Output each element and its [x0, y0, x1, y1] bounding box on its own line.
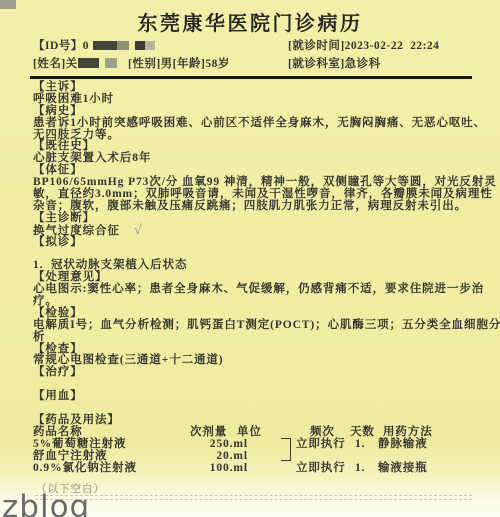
department-value: 急诊科 [345, 58, 381, 70]
header-row-id: 【ID号】0 [就诊时间]2023-02-22 22:24 [0, 37, 500, 51]
section-text-line: 常规心电图检查(三通道+十二通道) [33, 355, 475, 367]
age-value: 58岁 [205, 58, 230, 70]
section-label: 【拟诊】 [33, 237, 475, 249]
section-label: 【病史】 [33, 106, 475, 118]
redacted-id-block [135, 41, 145, 50]
med-col-unit-header: 单位 [237, 427, 262, 439]
med-col-dose-header: 次剂量 [190, 427, 227, 439]
header-divider [30, 76, 472, 79]
section-text-line: 呼吸困难1小时 [33, 94, 475, 106]
redacted-name-block [105, 58, 117, 68]
name-label: [姓名] [33, 58, 66, 70]
section-text-line: 疗。 [33, 296, 475, 308]
blank-line [33, 379, 475, 391]
med-days: 1. [355, 439, 365, 451]
med-name: 0.9%氯化钠注射液 [33, 463, 137, 475]
med-method: 静脉输液 [378, 439, 428, 451]
department-label: [就诊科室] [288, 58, 345, 70]
visit-time-value: 2023-02-22 22:24 [345, 40, 440, 52]
section-text-line: 患者诉1小时前突感呼吸困难、心前区不适伴全身麻木，无胸闷胸痛、无恶心呕吐、 [33, 118, 475, 130]
id-label: 【ID号】 [33, 40, 83, 52]
section-text-line: 无四肢乏力等。 [33, 130, 475, 142]
gender-age-group: [性别]男[年龄]58岁 [128, 55, 230, 71]
med-method: 输液接瓶 [378, 463, 428, 475]
id-group: 【ID号】0 [33, 37, 155, 53]
med-days: 1. [355, 463, 365, 475]
gender-label: [性别] [128, 58, 161, 70]
med-dose: 20.ml [163, 451, 248, 463]
med-frequency: 立即执行 [296, 463, 346, 475]
med-dose: 100.ml [163, 463, 248, 475]
med-table-row: 0.9%氯化钠注射液100.ml立即执行1.输液接瓶 [33, 463, 475, 475]
med-name: 5%葡萄糖注射液 [33, 439, 126, 451]
redacted-name-block [78, 58, 99, 68]
redacted-id-block [93, 41, 117, 50]
med-col-name-header: 药品名称 [33, 427, 83, 439]
med-col-freq-header: 频次 [310, 427, 335, 439]
name-group: [姓名]关 [33, 55, 117, 71]
med-table-row: 舒血宁注射液20.ml [33, 451, 475, 463]
med-name: 舒血宁注射液 [33, 451, 107, 463]
section-label: 【用血】 [33, 391, 475, 403]
footer-dashed-line [35, 495, 472, 500]
med-table-header: 药品名称次剂量单位频次天数用药方法 [33, 427, 475, 439]
section-text-line: 心电图示:窦性心率；患者全身麻木、气促缓解，仍感背痛不适，要求住院进一步治 [33, 284, 475, 296]
med-dose: 250.ml [163, 439, 248, 451]
watermark-text: zblog [2, 489, 90, 517]
age-label: [年龄] [173, 58, 206, 70]
section-label: 【治疗】 [33, 367, 475, 379]
section-label: 【主诊断】 [33, 213, 475, 225]
diagnosis-checkmark: √ [134, 223, 142, 238]
medical-record-photo: 东莞康华医院门诊病历 【ID号】0 [就诊时间]2023-02-22 22:24… [0, 0, 500, 517]
redacted-id-block [117, 41, 129, 50]
visit-time-label: [就诊时间] [288, 40, 345, 52]
record-body: 【主诉】呼吸困难1小时【病史】患者诉1小时前突感呼吸困难、心前区不适伴全身麻木，… [33, 82, 475, 474]
name-value: 关 [66, 58, 78, 70]
section-text-line: 析 [33, 332, 475, 344]
page-title: 东莞康华医院门诊病历 [0, 7, 500, 36]
redacted-id-block [145, 41, 155, 50]
med-col-days-header: 天数 [350, 427, 375, 439]
header-row-patient: [姓名]关 [性别]男[年龄]58岁 [就诊科室]急诊科 [0, 55, 500, 69]
med-col-method-header: 用药方法 [383, 427, 433, 439]
department-group: [就诊科室]急诊科 [288, 55, 381, 71]
section-text-line: 心脏支架置入术后8年 [33, 153, 475, 165]
med-frequency: 立即执行 [296, 439, 346, 451]
section-text-line: 换气过度综合征√ [33, 225, 475, 237]
visit-time-group: [就诊时间]2023-02-22 22:24 [288, 37, 439, 53]
med-table-row: 5%葡萄糖注射液250.ml立即执行1.静脉输液 [33, 439, 475, 451]
id-value: 0 [83, 40, 89, 52]
gender-value: 男 [161, 58, 173, 70]
section-text-line: 杂音；腹软，腹部未触及压痛反跳痛；四肢肌力肌张力正常，病理反射未引出。 [33, 201, 475, 213]
section-text-line: 电解质I号；血气分析检测；肌钙蛋白T测定(POCT)；心肌酶三项；五分类全血细胞… [33, 320, 475, 332]
